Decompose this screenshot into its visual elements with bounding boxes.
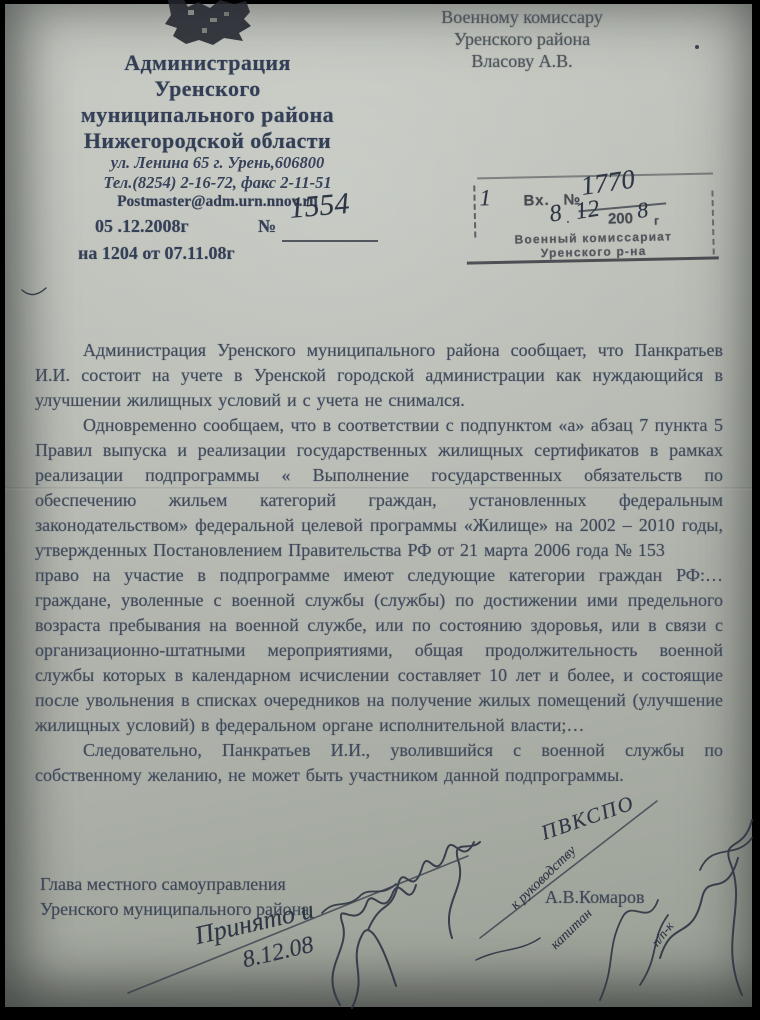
stamp-right-border — [711, 190, 714, 254]
stamp-in-label: Вх. — [523, 192, 550, 210]
letterhead-org-name: Администрация Уренского муниципального р… — [30, 50, 385, 154]
reference-line: на 1204 от 07.11.08г — [78, 243, 235, 264]
stamp-year-suffix: г — [654, 214, 659, 228]
org-line: Администрация — [30, 50, 385, 76]
recipient-block: Военному комиссару Уренского района Влас… — [398, 6, 646, 72]
handwritten-outgoing-number: 1554 — [288, 187, 351, 226]
stamp-handwritten-day: 8 — [548, 200, 564, 229]
org-line: Уренского — [30, 76, 385, 102]
stamp-handwritten-month: 12 — [574, 196, 602, 226]
scanned-letter-photo: Администрация Уренского муниципального р… — [0, 0, 760, 1020]
org-line: муниципального района — [30, 102, 385, 128]
coat-of-arms-icon — [158, 0, 256, 46]
body-paragraph: Следовательно, Панкратьев И.И., уволивши… — [35, 738, 723, 788]
recipient-line: Уренского района — [398, 28, 646, 50]
address-line: ул. Ленина 65 г. Урень,606800 — [40, 153, 395, 173]
incoming-stamp: 1 Вх. № 1770 8 · 12 200 8 г Военный коми… — [465, 172, 721, 267]
signer-title-line: Глава местного самоуправления — [40, 872, 309, 897]
recipient-line: Военному комиссару — [398, 6, 646, 28]
signer-name: А.В.Комаров — [545, 885, 645, 910]
recipient-line: Власову А.В. — [398, 50, 646, 72]
number-sign: № — [258, 216, 276, 237]
body-paragraph: Администрация Уренского муниципального р… — [35, 338, 723, 413]
letter-body: Администрация Уренского муниципального р… — [35, 338, 723, 788]
stamp-handwritten-mark: 1 — [479, 185, 491, 211]
stamp-left-border — [473, 185, 476, 237]
org-line: Нижегородской области — [30, 128, 385, 154]
stamp-date-separator: · — [566, 215, 570, 231]
letter-date: 05 .12.2008г — [95, 216, 189, 237]
body-paragraph: право на участие в подпрограмме имеют сл… — [35, 563, 723, 738]
body-paragraph: Одновременно сообщаем, что в соответстви… — [35, 413, 723, 563]
stamp-year-printed: 200 — [608, 210, 633, 228]
